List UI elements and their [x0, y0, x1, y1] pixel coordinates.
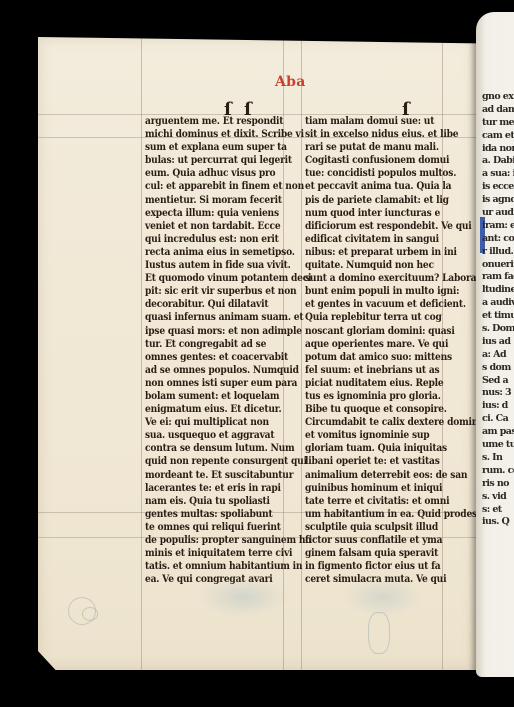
text-line: michi dominus et dixit. Scribe vi: [145, 128, 265, 141]
text-line: s: et: [482, 503, 514, 516]
text-line: et gentes in vacuum et deficient.: [305, 298, 425, 311]
text-line: tur meni.: [482, 116, 514, 129]
text-line: de populis: propter sanguinem ho: [145, 534, 265, 547]
text-line: rum. co: [482, 464, 514, 477]
marginal-sketch-figure: [368, 612, 390, 654]
text-line: eum. Quia adhuc visus pro: [145, 167, 265, 180]
text-line: veniet et non tardabit. Ecce: [145, 220, 265, 233]
text-line: enigmatum eius. Et dicetur.: [145, 403, 265, 416]
text-line: tue: concidisti populos multos.: [305, 167, 425, 180]
text-line: gno exigu: [482, 90, 514, 103]
text-line: te omnes qui reliqui fuerint: [145, 521, 265, 534]
text-line: am pas: [482, 425, 514, 438]
text-line: s. In: [482, 451, 514, 464]
text-line: tiam malam domui sue: ut: [305, 115, 425, 128]
text-line: sit in excelso nidus eius. et libe: [305, 128, 425, 141]
text-line: animalium deterrebit eos: de san: [305, 469, 425, 482]
text-line-rubric: is agnomi: [482, 193, 514, 206]
text-line: nus: 3: [482, 386, 514, 399]
text-line: Quia replebitur terra ut cog: [305, 311, 425, 324]
text-line: quid non repente consurgent qui: [145, 455, 265, 468]
text-line: onuerit ur: [482, 258, 514, 271]
text-line: fictor suus conflatile et yma: [305, 534, 425, 547]
text-line: quitate. Numquid non hec: [305, 259, 425, 272]
text-line: Iustus autem in fide sua vivit.: [145, 259, 265, 272]
text-line: arguentem me. Et respondit: [145, 115, 265, 128]
text-line: Ve ei: qui multiplicat non: [145, 416, 265, 429]
text-line: Circumdabit te calix dextere domini:: [305, 416, 425, 429]
text-line: ad se omnes populos. Numquid: [145, 364, 265, 377]
text-line: tate terre et civitatis: et omni: [305, 495, 425, 508]
text-line: sum et explana eum super ta: [145, 141, 265, 154]
text-line: contra se densum lutum. Num: [145, 442, 265, 455]
text-line: ida non e: [482, 142, 514, 155]
text-line: nam eis. Quia tu spoliasti: [145, 495, 265, 508]
text-line: a audivi o: [482, 296, 514, 309]
text-line: tatis. et omnium habitantium in: [145, 560, 265, 573]
text-line: Et quomodo vinum potantem deci: [145, 272, 265, 285]
text-line: tur. Et congregabit ad se: [145, 338, 265, 351]
text-line: in figmento fictor eius ut fa: [305, 560, 425, 573]
text-line: et vomitus ignominie sup: [305, 429, 425, 442]
text-line: ur audivi: [482, 206, 514, 219]
text-line: decorabitur. Qui dilatavit: [145, 298, 265, 311]
text-line: omnes gentes: et coacervabit: [145, 351, 265, 364]
text-line: s dom: [482, 361, 514, 374]
text-line: is ecce. Q: [482, 180, 514, 193]
text-line: dificiorum est respondebit. Ve qui: [305, 220, 425, 233]
facing-page-text: gno exigu ad damn. tur meni. cam et a id…: [482, 90, 514, 528]
text-line: et timuit: [482, 309, 514, 322]
text-line: sculptile quia sculpsit illud: [305, 521, 425, 534]
text-line: piciat nuditatem eius. Reple: [305, 377, 425, 390]
text-line: aque operientes mare. Ve qui: [305, 338, 425, 351]
text-line: bulas: ut percurrat qui legerit: [145, 154, 265, 167]
text-line: a: Ad: [482, 348, 514, 361]
text-line: noscant gloriam domini: quasi: [305, 325, 425, 338]
text-line: guinibus hominum et iniqui: [305, 482, 425, 495]
text-line: r illud. In: [482, 245, 514, 258]
ruling-line-vertical: [141, 37, 142, 670]
text-column-2: tiam malam domui sue: ut sit in excelso …: [305, 115, 445, 586]
text-line: ume tu: [482, 438, 514, 451]
text-line: expecta illum: quia veniens: [145, 207, 265, 220]
text-line: ginem falsam quia speravit: [305, 547, 425, 560]
text-line: sunt a domino exercituum? Labora: [305, 272, 425, 285]
text-line: Bibe tu quoque et consopire.: [305, 403, 425, 416]
text-line: s. Domine: [482, 322, 514, 335]
text-line: ius ad: [482, 335, 514, 348]
marginal-sketch-figure: [82, 607, 98, 621]
text-line: Sed a: [482, 374, 514, 387]
text-line: Cogitasti confusionem domui: [305, 154, 425, 167]
text-line: lacerantes te: et eris in rapi: [145, 482, 265, 495]
text-line: rari se putat de manu mali.: [305, 141, 425, 154]
facing-page-curled: gno exigu ad damn. tur meni. cam et a id…: [476, 12, 514, 677]
text-line: ci. Ca: [482, 412, 514, 425]
text-column-1: arguentem me. Et respondit michi dominus…: [145, 115, 285, 586]
text-line: a. Dabis a: [482, 154, 514, 167]
text-line: ius: d: [482, 399, 514, 412]
text-line: non omnes isti super eum para: [145, 377, 265, 390]
text-line: gloriam tuam. Quia iniquitas: [305, 442, 425, 455]
text-line: et peccavit anima tua. Quia la: [305, 180, 425, 193]
text-line: bunt enim populi in multo igni:: [305, 285, 425, 298]
text-line: ram facies: [482, 270, 514, 283]
text-line: s. vid: [482, 490, 514, 503]
text-line: ris no: [482, 477, 514, 490]
text-line: pis de pariete clamabit: et lig: [305, 194, 425, 207]
text-line: recta anima eius in semetipso.: [145, 246, 265, 259]
text-line: nibus: et preparat urbem in ini: [305, 246, 425, 259]
text-line: tus es ignominia pro gloria.: [305, 390, 425, 403]
text-line: bolam sument: et loquelam: [145, 390, 265, 403]
text-line: a sua: illa: [482, 167, 514, 180]
text-line: potum dat amico suo: mittens: [305, 351, 425, 364]
text-line: sua. usquequo et aggravat: [145, 429, 265, 442]
text-line: ius. Q: [482, 515, 514, 528]
text-line: minis et iniquitatem terre civi: [145, 547, 265, 560]
text-line: ltudine m: [482, 283, 514, 296]
text-line: num quod inter iuncturas e: [305, 207, 425, 220]
text-line: um habitantium in ea. Quid prodest: [305, 508, 425, 521]
text-line: cul: et apparebit in finem et non: [145, 180, 265, 193]
text-line: cam et a: [482, 129, 514, 142]
text-line: iram: et a: [482, 219, 514, 232]
manuscript-page: Aba ſ ſ ſ arguentem me. Et respondit mic…: [38, 37, 476, 670]
text-line: mordeant te. Et suscitabuntur: [145, 469, 265, 482]
text-line: ad damn.: [482, 103, 514, 116]
text-line: edificat civitatem in sangui: [305, 233, 425, 246]
text-line: libani operiet te: et vastitas: [305, 455, 425, 468]
text-line: quasi infernus animam suam. et: [145, 311, 265, 324]
text-line: mentietur. Si moram fecerit: [145, 194, 265, 207]
marginal-sketch-floral: [198, 577, 288, 617]
text-line: ant: consid: [482, 232, 514, 245]
marginal-sketch-floral: [343, 577, 423, 617]
text-line: pit: sic erit vir superbus et non: [145, 285, 265, 298]
text-line: gentes multas: spoliabunt: [145, 508, 265, 521]
running-head: Aba: [275, 74, 306, 90]
text-line: ipse quasi mors: et non adimple: [145, 325, 265, 338]
text-line: qui incredulus est: non erit: [145, 233, 265, 246]
text-line: fel suum: et inebrians ut as: [305, 364, 425, 377]
